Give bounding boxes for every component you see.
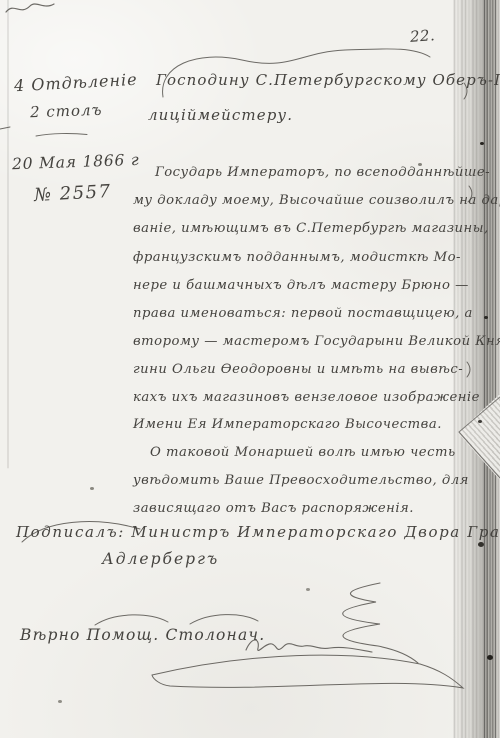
margin-desk: 2 столъ [30,102,103,121]
book-binding-dark-stripe [484,0,497,738]
ink-specks [480,142,484,145]
margin-doc-number: № 2557 [34,182,113,206]
page-number: 22. [409,27,435,45]
document-page: 22. 4 Отдѣленіе 2 столъ 20 Мая 1866 г № … [0,0,500,738]
left-margin-tick [0,127,10,129]
signatory-title: Подписалъ: Министръ Императорскаго Двора… [16,524,500,541]
signatory-name: Адлербергъ [102,551,219,568]
body-line: французскимъ подданнымъ, модисткѣ Мо- [133,251,461,266]
body-line: ваніе, имѣющимъ въ С.Петербургѣ магазины… [133,222,489,237]
margin-rule [36,134,87,136]
body-line: му докладу моему, Высочайше соизволилъ н… [133,194,500,209]
margin-date: 20 Мая 1866 г [12,152,140,173]
body-line: гини Ольги Ѳеодоровны и имѣть на вывѣс- [133,363,463,378]
addressee-line-2: лиціймейстеру. [148,107,293,124]
certification-label: Вѣрно Помощ. Столонач. [20,627,265,644]
body-line: нере и башмачныхъ дѣлъ мастеру Брюно — [133,279,469,294]
certification-flourish-2 [190,615,258,624]
margin-department: 4 Отдѣленіе [14,71,138,95]
addressee-line-1: Господину С.Петербургскому Оберъ-По- [156,72,500,89]
body-line: зависящаго отъ Васъ распоряженія. [133,502,414,517]
body-line: увѣдомить Ваше Превосходительство, для [133,474,469,489]
body-line: второму — мастеромъ Государыни Великой К… [133,335,500,350]
top-left-ink-mark [6,4,54,12]
signature-underline-sweep-1 [152,655,420,675]
signature-underline-sweep-2 [152,664,463,688]
body-line: О таковой Монаршей волѣ имѣю честь [150,446,456,461]
body-line: Государь Императоръ, по всеподданнѣйше- [155,166,490,181]
body-line: права именоваться: первой поставщицею, а [133,307,473,322]
certification-flourish-1 [95,615,168,625]
signature-zigzag-flourish [343,583,418,663]
body-line: Имени Ея Императорскаго Высочества. [133,418,442,433]
body-line: кахъ ихъ магазиновъ вензеловое изображен… [133,391,480,406]
